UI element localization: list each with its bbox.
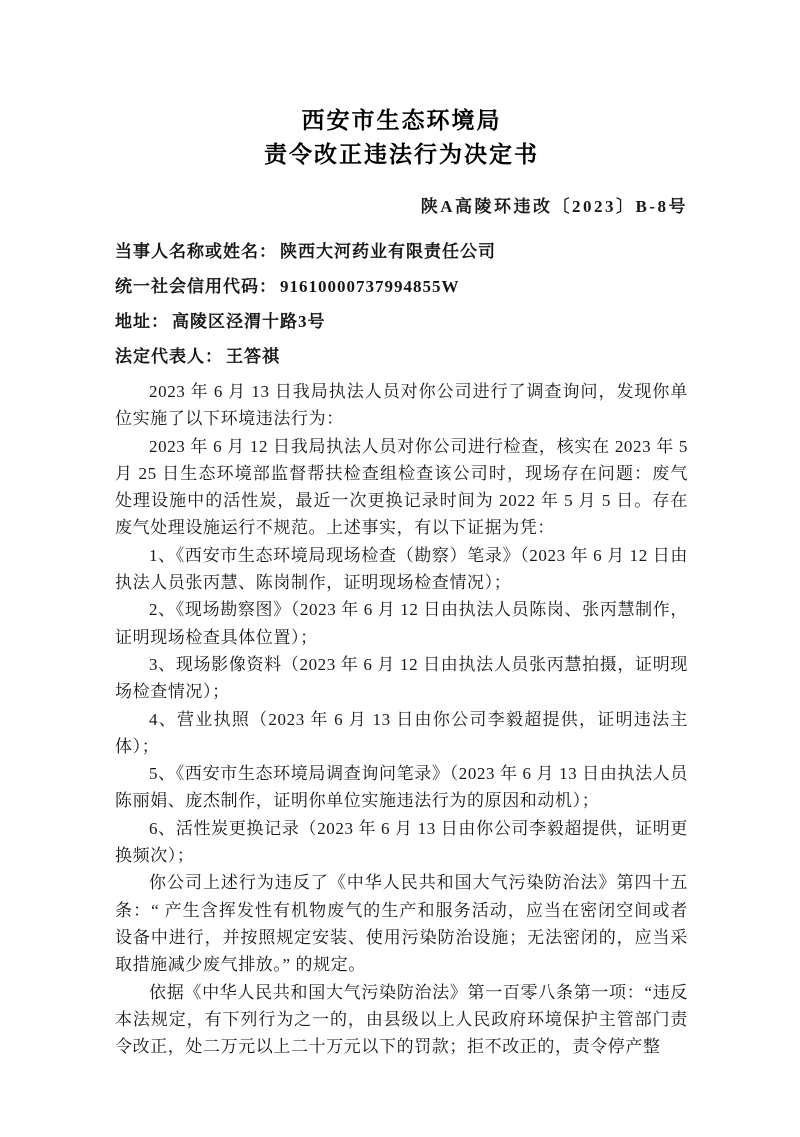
credit-code-value: 91610000737994855W xyxy=(280,277,460,296)
legal-rep-label: 法定代表人： xyxy=(115,347,223,366)
address-value: 高陵区泾渭十路3号 xyxy=(172,312,326,331)
body-paragraph-law-violated: 你公司上述行为违反了《中华人民共和国大气污染防治法》第四十五条：“ 产生含挥发性… xyxy=(115,869,688,978)
document-body: 2023 年 6 月 13 日我局执法人员对你公司进行了调查询问，发现你单位实施… xyxy=(115,378,688,1060)
address-label: 地址： xyxy=(115,312,169,331)
body-paragraph-inspection-facts: 2023 年 6 月 12 日我局执法人员对你公司进行检查，核实在 2023 年… xyxy=(115,433,688,542)
body-paragraph-evidence-4: 4、营业执照（2023 年 6 月 13 日由你公司李毅超提供，证明违法主体）； xyxy=(115,706,688,761)
meta-row-address: 地址：高陵区泾渭十路3号 xyxy=(115,304,688,339)
body-paragraph-evidence-2: 2、《现场勘察图》（2023 年 6 月 12 日由执法人员陈岗、张丙慧制作，证… xyxy=(115,596,688,651)
document-page: 西安市生态环境局 责令改正违法行为决定书 陕A高陵环违改〔2023〕B-8号 当… xyxy=(0,0,800,1137)
party-name-value: 陕西大河药业有限责任公司 xyxy=(280,242,496,261)
body-paragraph-evidence-3: 3、现场影像资料（2023 年 6 月 12 日由执法人员张丙慧拍摄，证明现场检… xyxy=(115,651,688,706)
meta-row-party-name: 当事人名称或姓名：陕西大河药业有限责任公司 xyxy=(115,234,688,269)
meta-row-credit-code: 统一社会信用代码：91610000737994855W xyxy=(115,269,688,304)
body-paragraph-investigation-intro: 2023 年 6 月 13 日我局执法人员对你公司进行了调查询问，发现你单位实施… xyxy=(115,378,688,433)
title-line-2: 责令改正违法行为决定书 xyxy=(115,138,688,172)
body-paragraph-legal-basis: 依据《中华人民共和国大气污染防治法》第一百零八条第一项：“违反本法规定，有下列行… xyxy=(115,979,688,1061)
body-paragraph-evidence-5: 5、《西安市生态环境局调查询问笔录》（2023 年 6 月 13 日由执法人员陈… xyxy=(115,760,688,815)
body-paragraph-evidence-6: 6、活性炭更换记录（2023 年 6 月 13 日由你公司李毅超提供，证明更换频… xyxy=(115,815,688,870)
credit-code-label: 统一社会信用代码： xyxy=(115,277,277,296)
document-title: 西安市生态环境局 责令改正违法行为决定书 xyxy=(115,104,688,172)
doc-number: 陕A高陵环违改〔2023〕B-8号 xyxy=(115,196,688,218)
party-info-block: 当事人名称或姓名：陕西大河药业有限责任公司 统一社会信用代码：916100007… xyxy=(115,234,688,374)
body-paragraph-evidence-1: 1、《西安市生态环境局现场检查（勘察）笔录》（2023 年 6 月 12 日由执… xyxy=(115,542,688,597)
party-name-label: 当事人名称或姓名： xyxy=(115,242,277,261)
meta-row-legal-rep: 法定代表人：王答祺 xyxy=(115,339,688,374)
legal-rep-value: 王答祺 xyxy=(226,347,280,366)
title-line-1: 西安市生态环境局 xyxy=(115,104,688,138)
